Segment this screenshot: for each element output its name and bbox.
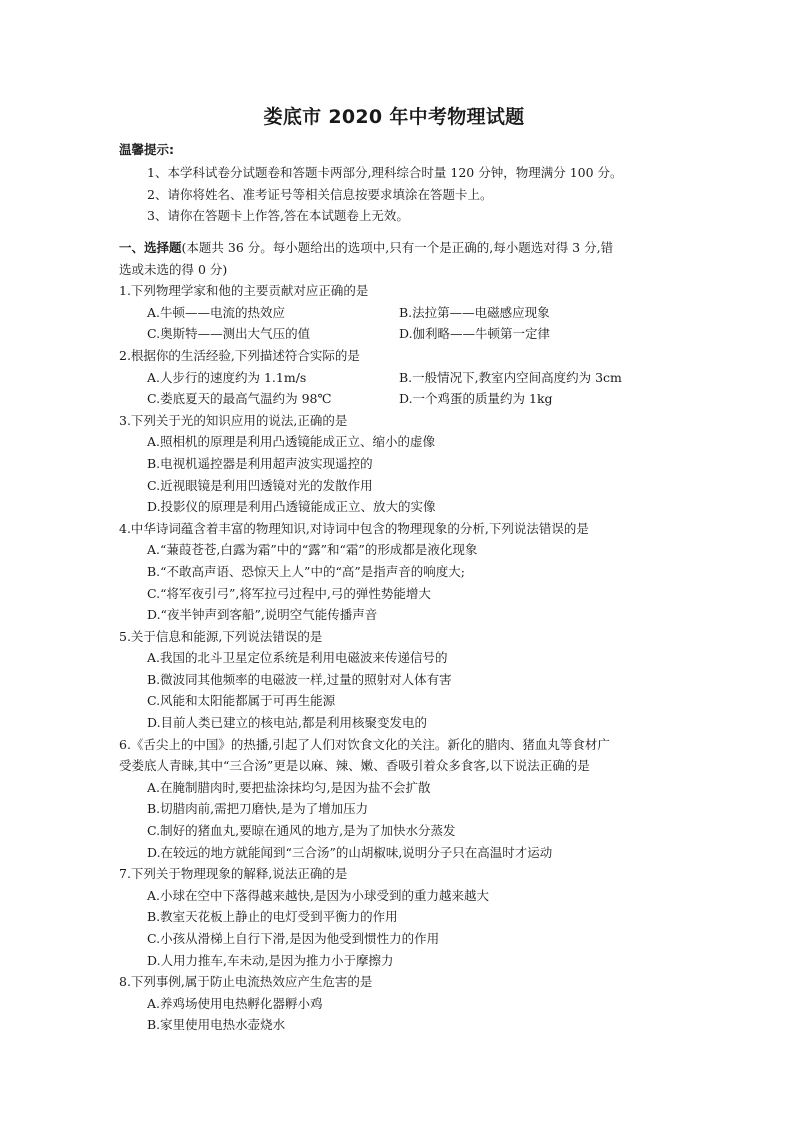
option-c: C.奥斯特——测出大气压的值	[147, 323, 399, 345]
option-c: C.小孩从滑梯上自行下滑,是因为他受到惯性力的作用	[119, 928, 689, 950]
option-b: B.“不敢高声语、恐惊天上人”中的“高”是指声音的响度大;	[119, 561, 689, 583]
option-d: D.伽利略——牛顿第一定律	[399, 323, 550, 345]
option-d: D.在较远的地方就能闻到“三合汤”的山胡椒味,说明分子只在高温时才运动	[119, 842, 689, 864]
option-a: A.“蒹葭苍苍,白露为霜”中的“露”和“霜”的形成都是液化现象	[119, 539, 689, 561]
section-description-cont: 选或未选的得 0 分)	[119, 259, 689, 281]
section-choice: 一、选择题(本题共 36 分。每小题给出的选项中,只有一个是正确的,每小题选对得…	[119, 237, 689, 1036]
tip-item: 2、请你将姓名、准考证号等相关信息按要求填涂在答题卡上。	[119, 184, 689, 206]
option-row: A.人步行的速度约为 1.1m/s B.一般情况下,教室内空间高度约为 3cm	[119, 367, 689, 389]
section-title: 一、选择题	[119, 240, 182, 255]
option-row: C.奥斯特——测出大气压的值 D.伽利略——牛顿第一定律	[119, 323, 689, 345]
option-b: B.教室天花板上静止的电灯受到平衡力的作用	[119, 906, 689, 928]
question-stem: 1.下列物理学家和他的主要贡献对应正确的是	[119, 280, 689, 302]
option-d: D.人用力推车,车未动,是因为推力小于摩擦力	[119, 950, 689, 972]
option-b: B.一般情况下,教室内空间高度约为 3cm	[399, 367, 622, 389]
option-a: A.小球在空中下落得越来越快,是因为小球受到的重力越来越大	[119, 885, 689, 907]
question-stem: 7.下列关于物理现象的解释,说法正确的是	[119, 863, 689, 885]
option-c: C.娄底夏天的最高气温约为 98℃	[147, 388, 399, 410]
option-c: C.近视眼镜是利用凹透镜对光的发散作用	[119, 475, 689, 497]
page-title: 娄底市 2020 年中考物理试题	[119, 105, 669, 129]
question-stem: 2.根据你的生活经验,下列描述符合实际的是	[119, 345, 689, 367]
option-row: A.牛顿——电流的热效应 B.法拉第——电磁感应现象	[119, 302, 689, 324]
tip-item: 1、本学科试卷分试题卷和答题卡两部分,理科综合时量 120 分钟，物理满分 10…	[119, 162, 689, 184]
option-a: A.人步行的速度约为 1.1m/s	[147, 367, 399, 389]
option-a: A.牛顿——电流的热效应	[147, 302, 399, 324]
option-b: B.家里使用电热水壶烧水	[119, 1014, 689, 1036]
option-b: B.切腊肉前,需把刀磨快,是为了增加压力	[119, 798, 689, 820]
option-a: A.养鸡场使用电热孵化器孵小鸡	[119, 993, 689, 1015]
option-b: B.电视机遥控器是利用超声波实现遥控的	[119, 453, 689, 475]
option-c: C.制好的猪血丸,要晾在通风的地方,是为了加快水分蒸发	[119, 820, 689, 842]
question-stem: 4.中华诗词蕴含着丰富的物理知识,对诗词中包含的物理现象的分析,下列说法错误的是	[119, 518, 689, 540]
option-d: D.目前人类已建立的核电站,都是利用核聚变发电的	[119, 712, 689, 734]
section-description: (本题共 36 分。每小题给出的选项中,只有一个是正确的,每小题选对得 3 分,…	[182, 240, 614, 255]
option-a: A.照相机的原理是利用凸透镜能成正立、缩小的虚像	[119, 431, 689, 453]
question-stem: 8.下列事例,属于防止电流热效应产生危害的是	[119, 971, 689, 993]
question-stem-cont: 受娄底人青睐,其中“三合汤”更是以麻、辣、嫩、香吸引着众多食客,以下说法正确的是	[119, 755, 689, 777]
option-c: C.风能和太阳能都属于可再生能源	[119, 690, 689, 712]
question-stem: 3.下列关于光的知识应用的说法,正确的是	[119, 410, 689, 432]
option-b: B.微波同其他频率的电磁波一样,过量的照射对人体有害	[119, 669, 689, 691]
option-d: D.投影仪的原理是利用凸透镜能成正立、放大的实像	[119, 496, 689, 518]
option-d: D.一个鸡蛋的质量约为 1kg	[399, 388, 553, 410]
option-row: C.娄底夏天的最高气温约为 98℃ D.一个鸡蛋的质量约为 1kg	[119, 388, 689, 410]
option-a: A.我国的北斗卫星定位系统是利用电磁波来传递信号的	[119, 647, 689, 669]
option-c: C.“将军夜引弓”,将军拉弓过程中,弓的弹性势能增大	[119, 583, 689, 605]
tips-heading: 温馨提示:	[119, 140, 689, 160]
question-stem: 6.《舌尖上的中国》的热播,引起了人们对饮食文化的关注。新化的腊肉、猪血丸等食材…	[119, 734, 689, 756]
option-b: B.法拉第——电磁感应现象	[399, 302, 550, 324]
question-stem: 5.关于信息和能源,下列说法错误的是	[119, 626, 689, 648]
option-a: A.在腌制腊肉时,要把盐涂抹均匀,是因为盐不会扩散	[119, 777, 689, 799]
option-d: D.“夜半钟声到客船”,说明空气能传播声音	[119, 604, 689, 626]
tips-block: 温馨提示: 1、本学科试卷分试题卷和答题卡两部分,理科综合时量 120 分钟，物…	[119, 140, 689, 227]
tip-item: 3、请你在答题卡上作答,答在本试题卷上无效。	[119, 205, 689, 227]
section-heading-line: 一、选择题(本题共 36 分。每小题给出的选项中,只有一个是正确的,每小题选对得…	[119, 237, 689, 259]
